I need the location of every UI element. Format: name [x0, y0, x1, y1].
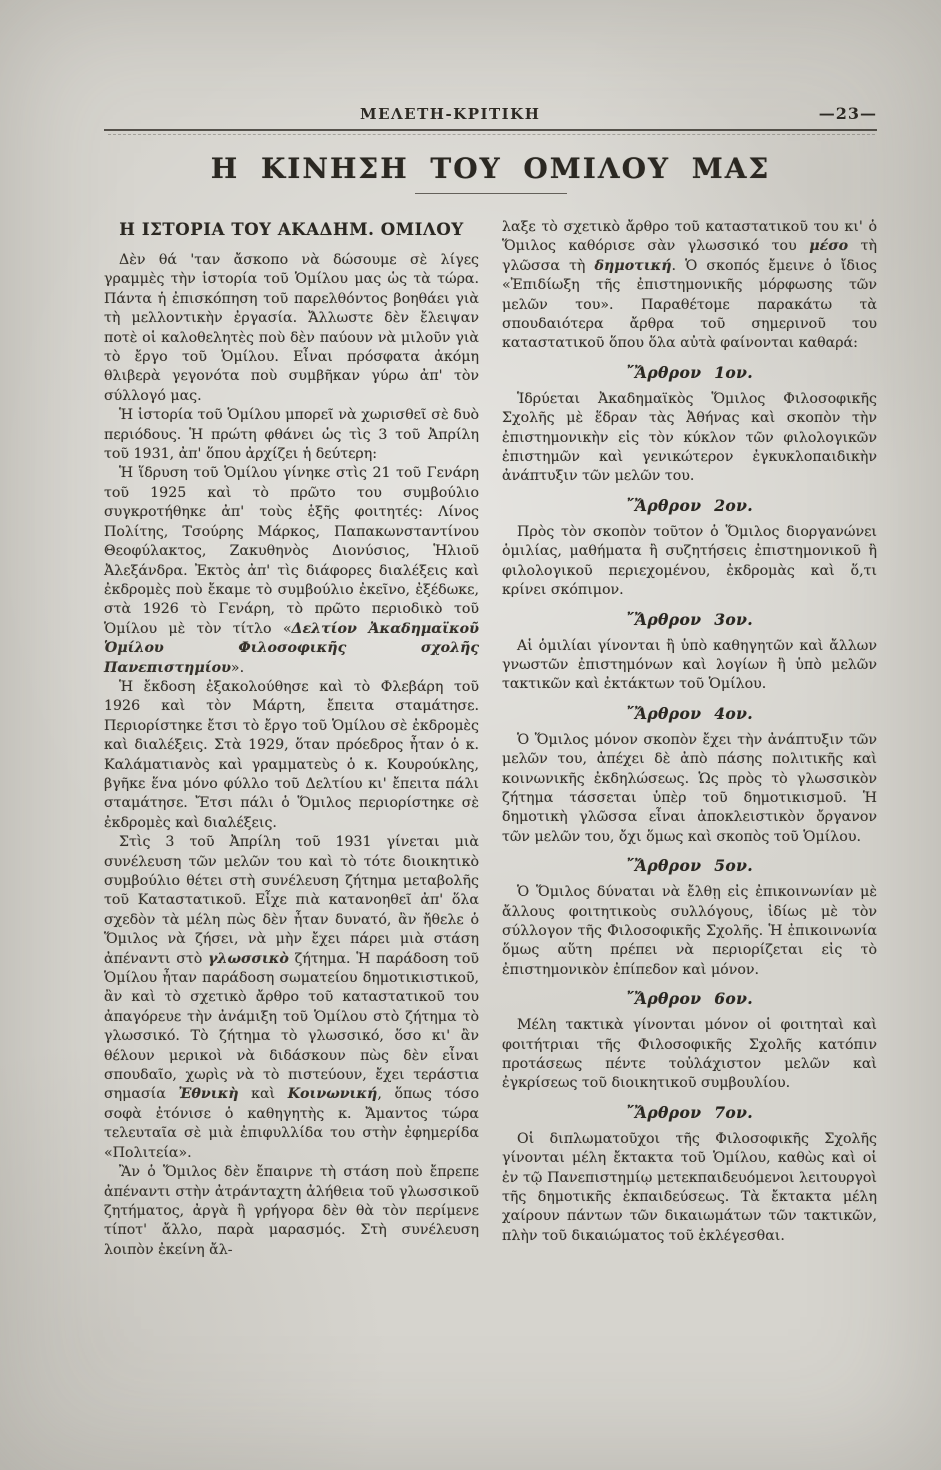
article-body: Οἱ διπλωματοῦχοι τῆς Φιλοσοφικῆς Σχολῆς …	[502, 1130, 877, 1246]
statute-article: Ἄρθρον 7ον. Οἱ διπλωματοῦχοι τῆς Φιλοσοφ…	[502, 1103, 877, 1246]
article-heading: Ἄρθρον 2ον.	[502, 496, 877, 515]
article-heading: Ἄρθρον 6ον.	[502, 989, 877, 1008]
article-body: Ὁ Ὅμιλος δύναται νὰ ἔλθῃ εἰς ἐπικοινωνία…	[502, 883, 877, 980]
paragraph: Ἡ ἔκδοση ἐξακολούθησε καὶ τὸ Φλεβάρη τοῦ…	[104, 678, 479, 833]
article-body: Αἱ ὁμιλίαι γίνονται ἢ ὑπὸ καθηγητῶν καὶ …	[502, 637, 877, 695]
paragraph: Ἂν ὁ Ὅμιλος δὲν ἔπαιρνε τὴ στάση ποὺ ἔπρ…	[104, 1163, 479, 1260]
statute-article: Ἄρθρον 6ον. Μέλη τακτικὰ γίνονται μόνον …	[502, 989, 877, 1094]
paragraph: Ἡ ἵδρυση τοῦ Ὁμίλου γίνηκε στὶς 21 τοῦ Γ…	[104, 464, 479, 677]
paragraph: Δὲν θά 'ταν ἄσκοπο νὰ δώσουμε σὲ λίγες γ…	[104, 251, 479, 406]
article-body: Ἱδρύεται Ἀκαδημαϊκὸς Ὅμιλος Φιλοσοφικῆς …	[502, 390, 877, 487]
article-heading: Ἄρθρον 4ον.	[502, 704, 877, 723]
running-header: ΜΕΛΕΤΗ-ΚΡΙΤΙΚΗ —23—	[104, 104, 877, 123]
statute-article: Ἄρθρον 3ον. Αἱ ὁμιλίαι γίνονται ἢ ὑπὸ κα…	[502, 610, 877, 695]
paragraph-continuation: λαξε τὸ σχετικὸ ἄρθρο τοῦ καταστατικοῦ τ…	[502, 218, 877, 354]
article-body: Πρὸς τὸν σκοπὸν τοῦτον ὁ Ὅμιλος διοργανώ…	[502, 523, 877, 601]
section-heading: Η ΙΣΤΟΡΙΑ ΤΟΥ ΑΚΑΔΗΜ. ΟΜΙΛΟΥ	[104, 220, 479, 239]
article-heading: Ἄρθρον 1ον.	[502, 363, 877, 382]
page-number: —23—	[819, 104, 877, 123]
statute-article: Ἄρθρον 2ον. Πρὸς τὸν σκοπὸν τοῦτον ὁ Ὅμι…	[502, 496, 877, 601]
paragraph: Στὶς 3 τοῦ Ἀπρίλη τοῦ 1931 γίνεται μιὰ σ…	[104, 833, 479, 1163]
header-divider	[104, 129, 877, 136]
article-body: Ὁ Ὅμιλος μόνον σκοπὸν ἔχει τὴν ἀνάπτυξιν…	[502, 731, 877, 847]
right-column: λαξε τὸ σχετικὸ ἄρθρο τοῦ καταστατικοῦ τ…	[502, 218, 877, 1260]
article-body: Μέλη τακτικὰ γίνονται μόνον οἱ φοιτηταὶ …	[502, 1016, 877, 1094]
article-heading: Ἄρθρον 7ον.	[502, 1103, 877, 1122]
scanned-page: ΜΕΛΕΤΗ-ΚΡΙΤΙΚΗ —23— Η ΚΙΝΗΣΗ ΤΟΥ ΟΜΙΛΟΥ …	[0, 0, 941, 1470]
paragraph: Ἡ ἱστορία τοῦ Ὁμίλου μπορεῖ νὰ χωρισθεῖ …	[104, 406, 479, 464]
two-column-body: Η ΙΣΤΟΡΙΑ ΤΟΥ ΑΚΑΔΗΜ. ΟΜΙΛΟΥ Δὲν θά 'ταν…	[104, 218, 877, 1260]
left-column: Η ΙΣΤΟΡΙΑ ΤΟΥ ΑΚΑΔΗΜ. ΟΜΙΛΟΥ Δὲν θά 'ταν…	[104, 218, 479, 1260]
journal-title: ΜΕΛΕΤΗ-ΚΡΙΤΙΚΗ	[360, 105, 540, 123]
statute-article: Ἄρθρον 1ον. Ἱδρύεται Ἀκαδημαϊκὸς Ὅμιλος …	[502, 363, 877, 487]
article-heading: Ἄρθρον 3ον.	[502, 610, 877, 629]
page-title: Η ΚΙΝΗΣΗ ΤΟΥ ΟΜΙΛΟΥ ΜΑΣ	[104, 152, 877, 185]
article-heading: Ἄρθρον 5ον.	[502, 856, 877, 875]
statute-article: Ἄρθρον 4ον. Ὁ Ὅμιλος μόνον σκοπὸν ἔχει τ…	[502, 704, 877, 847]
statute-article: Ἄρθρον 5ον. Ὁ Ὅμιλος δύναται νὰ ἔλθῃ εἰς…	[502, 856, 877, 980]
title-underline	[415, 193, 567, 194]
